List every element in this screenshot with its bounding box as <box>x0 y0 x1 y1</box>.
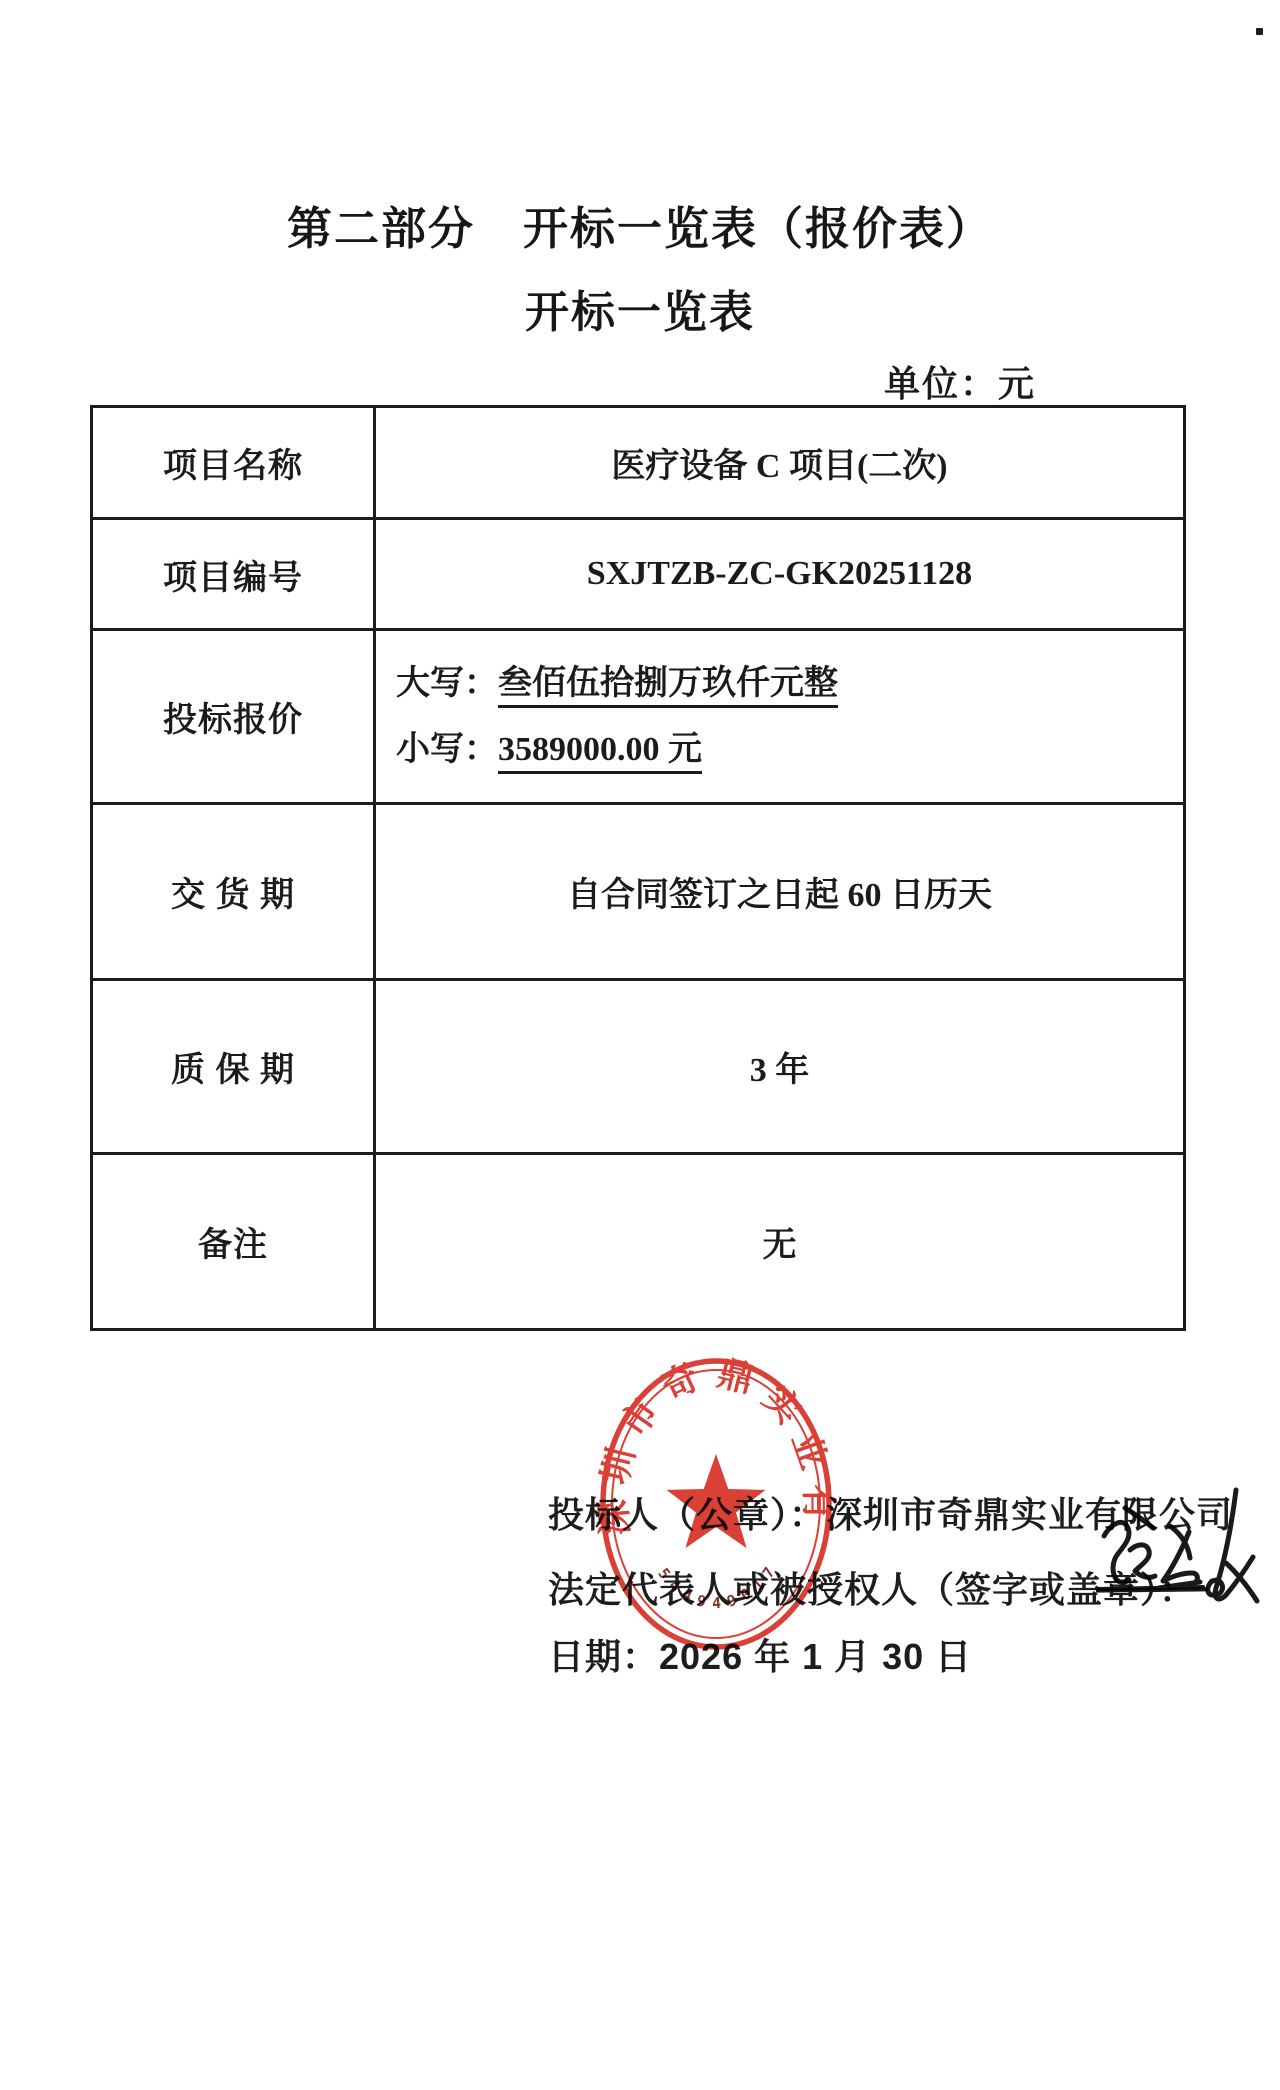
row-value-project-name: 医疗设备 C 项目(二次) <box>375 407 1185 519</box>
scan-artifact-dot <box>1256 28 1263 35</box>
row-value-delivery-period: 自合同签订之日起 60 日历天 <box>375 804 1185 980</box>
row-value-remarks: 无 <box>375 1154 1185 1330</box>
representative-signature <box>1040 1430 1280 1625</box>
row-value-bid-price: 大写：叁佰伍拾捌万玖仟元整 小写：3589000.00 元 <box>375 630 1185 804</box>
seal-star-icon <box>667 1454 766 1548</box>
row-value-project-number: SXJTZB-ZC-GK20251128 <box>375 519 1185 630</box>
page-title-part: 第二部分 <box>287 203 475 254</box>
table-row: 项目名称 医疗设备 C 项目(二次) <box>92 407 1185 519</box>
bid-price-words-amount: 叁佰伍拾捌万玖仟元整 <box>498 665 838 708</box>
row-label-project-number: 项目编号 <box>92 519 375 630</box>
table-row: 交 货 期 自合同签订之日起 60 日历天 <box>92 804 1185 980</box>
page-title-part: 开标一览表（报价表） <box>523 203 993 254</box>
row-label-remarks: 备注 <box>92 1154 375 1330</box>
bid-price-figures-line: 小写：3589000.00 元 <box>396 724 1183 776</box>
company-seal-stamp: 深圳市奇鼎实业有限公司 5449490170 <box>590 1348 850 1668</box>
table-row: 质 保 期 3 年 <box>92 980 1185 1154</box>
page-title: 第二部分开标一览表（报价表） <box>0 192 1280 257</box>
bid-summary-table: 项目名称 医疗设备 C 项目(二次) 项目编号 SXJTZB-ZC-GK2025… <box>90 405 1186 1331</box>
unit-label: 单位：元 <box>884 356 1036 407</box>
row-value-warranty-period: 3 年 <box>375 980 1185 1154</box>
row-label-bid-price: 投标报价 <box>92 630 375 804</box>
bid-price-figures-amount: 3589000.00 元 <box>498 731 702 774</box>
bid-price-figures-prefix: 小写： <box>396 731 498 768</box>
bid-price-words-prefix: 大写： <box>396 665 498 702</box>
row-label-warranty-period: 质 保 期 <box>92 980 375 1154</box>
table-row: 备注 无 <box>92 1154 1185 1330</box>
bid-opening-form-page: 第二部分开标一览表（报价表） 开标一览表 单位：元 项目名称 医疗设备 C 项目… <box>0 0 1280 2090</box>
row-label-delivery-period: 交 货 期 <box>92 804 375 980</box>
bid-price-words-line: 大写：叁佰伍拾捌万玖仟元整 <box>396 658 1183 710</box>
page-subtitle: 开标一览表 <box>0 276 1280 340</box>
table-row: 投标报价 大写：叁佰伍拾捌万玖仟元整 小写：3589000.00 元 <box>92 630 1185 804</box>
table-row: 项目编号 SXJTZB-ZC-GK20251128 <box>92 519 1185 630</box>
row-label-project-name: 项目名称 <box>92 407 375 519</box>
